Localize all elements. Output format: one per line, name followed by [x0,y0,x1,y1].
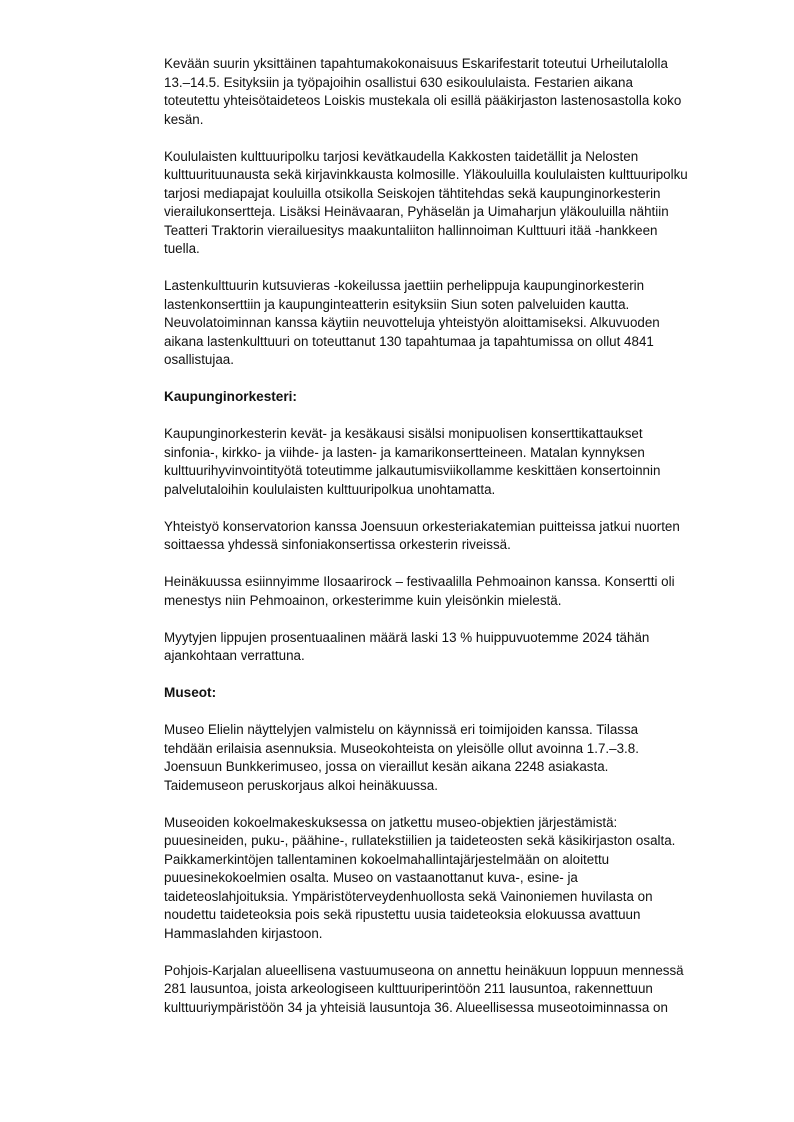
text-line: kesän. [164,111,744,130]
text-line: palvelutaloihin koululaisten kulttuuripo… [164,481,744,500]
text-line: lastenkonserttiin ja kaupunginteatterin … [164,296,744,315]
text-line: toteutettu yhteisötaideteos Loiskis must… [164,92,744,111]
text-line: 13.–14.5. Esityksiin ja työpajoihin osal… [164,74,744,93]
paragraph: Pohjois-Karjalan alueellisena vastuumuse… [164,962,744,1018]
paragraph: Koululaisten kulttuuripolku tarjosi kevä… [164,148,744,259]
text-line: Joensuun Bunkkerimuseo, jossa on vierail… [164,758,744,777]
text-line: Hammaslahden kirjastoon. [164,925,744,944]
text-line: Kaupunginorkesterin kevät- ja kesäkausi … [164,425,744,444]
section-heading: Kaupunginorkesteri: [164,388,744,407]
text-line: Teatteri Traktorin vierailuesitys maakun… [164,222,744,241]
text-line: kulttuurihyvinvointityötä toteutimme jal… [164,462,744,481]
section-heading: Museot: [164,684,744,703]
paragraph: Kaupunginorkesterin kevät- ja kesäkausi … [164,425,744,499]
text-line: Museo Elielin näyttelyjen valmistelu on … [164,721,744,740]
text-line: Koululaisten kulttuuripolku tarjosi kevä… [164,148,744,167]
text-line: taideteoslahjoituksia. Ympäristöterveyde… [164,888,744,907]
text-line: osallistujaa. [164,351,744,370]
text-line: kulttuuriympäristöön 34 ja yhteisiä laus… [164,999,744,1018]
text-line: Taidemuseon peruskorjaus alkoi heinäkuus… [164,777,744,796]
text-line: Myytyjen lippujen prosentuaalinen määrä … [164,629,744,648]
text-line: aikana lastenkulttuuri on toteuttanut 13… [164,333,744,352]
text-line: menestys niin Pehmoainon, orkesterimme k… [164,592,744,611]
text-line: soittaessa yhdessä sinfoniakonsertissa o… [164,536,744,555]
document-page: Kevään suurin yksittäinen tapahtumakokon… [164,55,744,1036]
paragraph: Heinäkuussa esiinnyimme Ilosaarirock – f… [164,573,744,610]
paragraph: Myytyjen lippujen prosentuaalinen määrä … [164,629,744,666]
text-line: Pohjois-Karjalan alueellisena vastuumuse… [164,962,744,981]
paragraph: Museo Elielin näyttelyjen valmistelu on … [164,721,744,795]
paragraph: Kevään suurin yksittäinen tapahtumakokon… [164,55,744,129]
text-line: Kevään suurin yksittäinen tapahtumakokon… [164,55,744,74]
text-line: Museoiden kokoelmakeskuksessa on jatkett… [164,814,744,833]
text-line: vierailukonsertteja. Lisäksi Heinävaaran… [164,203,744,222]
text-line: Neuvolatoiminnan kanssa käytiin neuvotte… [164,314,744,333]
text-line: Heinäkuussa esiinnyimme Ilosaarirock – f… [164,573,744,592]
text-line: kulttuurituunausta sekä kirjavinkkausta … [164,166,744,185]
text-line: tuella. [164,240,744,259]
text-line: tarjosi mediapajat kouluilla otsikolla S… [164,185,744,204]
text-line: tehdään erilaisia asennuksia. Museokohte… [164,740,744,759]
paragraph: Lastenkulttuurin kutsuvieras -kokeilussa… [164,277,744,370]
text-line: 281 lausuntoa, joista arkeologiseen kult… [164,980,744,999]
text-line: ajankohtaan verrattuna. [164,647,744,666]
text-line: Lastenkulttuurin kutsuvieras -kokeilussa… [164,277,744,296]
text-line: Yhteistyö konservatorion kanssa Joensuun… [164,518,744,537]
text-line: puuesineiden, puku-, päähine-, rullateks… [164,832,744,851]
text-line: noudettu taideteoksia pois sekä ripustet… [164,906,744,925]
text-line: puuesinekokoelmien osalta. Museo on vast… [164,869,744,888]
paragraph: Yhteistyö konservatorion kanssa Joensuun… [164,518,744,555]
paragraph: Museoiden kokoelmakeskuksessa on jatkett… [164,814,744,944]
text-line: sinfonia-, kirkko- ja viihde- ja lasten-… [164,444,744,463]
text-line: Paikkamerkintöjen tallentaminen kokoelma… [164,851,744,870]
